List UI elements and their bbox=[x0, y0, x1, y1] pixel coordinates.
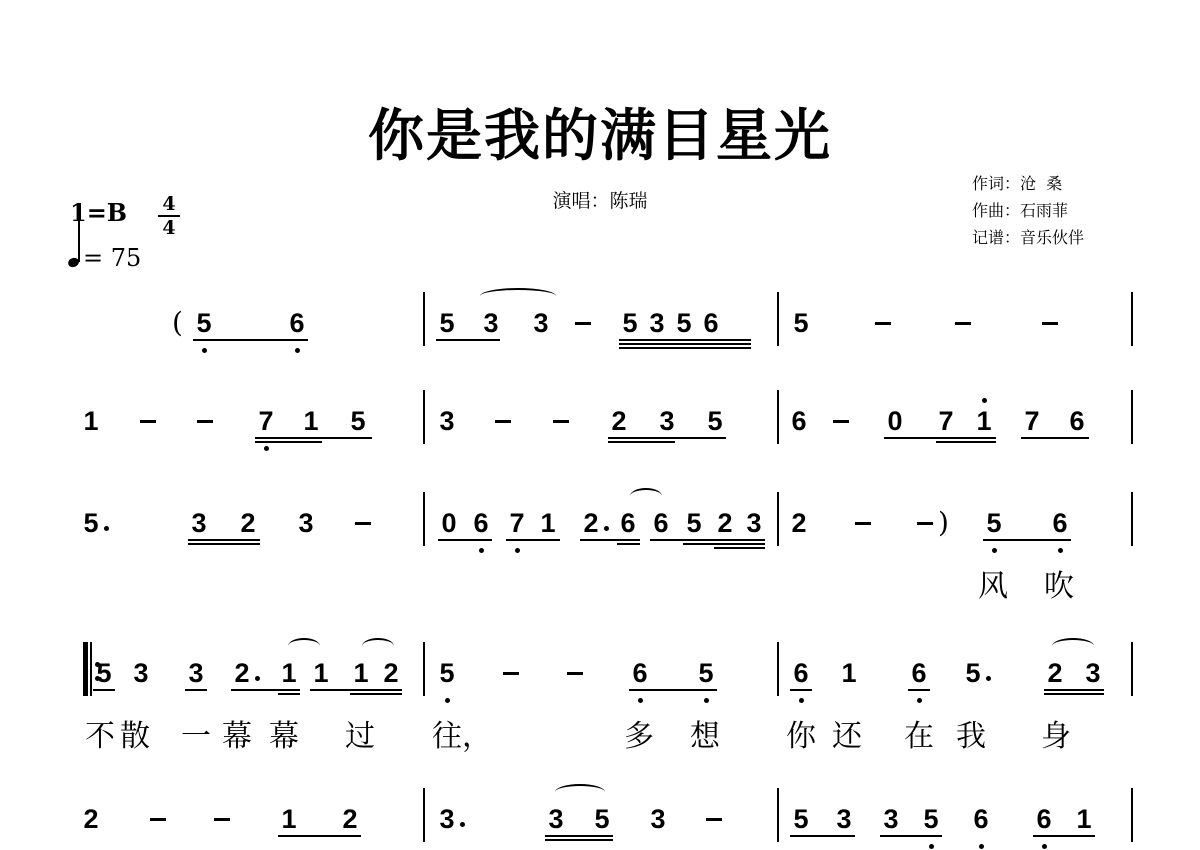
beam-underline bbox=[983, 539, 1071, 541]
note-3: 3 bbox=[185, 660, 207, 687]
note-1: 1 bbox=[1073, 806, 1095, 833]
note-6: 6 bbox=[286, 310, 308, 337]
transcriber-credit: 记谱：音乐伙伴 bbox=[972, 224, 1084, 251]
barline bbox=[423, 492, 425, 546]
beam-underline bbox=[193, 339, 308, 341]
beam-underline bbox=[1033, 835, 1095, 837]
sustain-dash bbox=[214, 818, 230, 821]
sustain-dash bbox=[495, 420, 511, 423]
low-octave-dot-icon bbox=[445, 698, 450, 703]
note-5: 5 bbox=[683, 510, 705, 537]
beam-underline bbox=[545, 835, 613, 837]
note-5: 5 bbox=[673, 310, 695, 337]
high-octave-dot-icon bbox=[982, 398, 987, 403]
low-octave-dot-icon bbox=[515, 548, 520, 553]
beam-underline bbox=[310, 689, 402, 691]
sustain-dash bbox=[150, 818, 166, 821]
barline bbox=[1131, 292, 1133, 346]
barline bbox=[423, 390, 425, 444]
low-octave-dot-icon bbox=[917, 698, 922, 703]
augmentation-dot-icon bbox=[255, 676, 260, 681]
note-5: 5 bbox=[790, 806, 812, 833]
lyric-syllable: 幕 bbox=[222, 722, 252, 752]
note-1: 1 bbox=[278, 806, 300, 833]
note-6: 6 bbox=[790, 660, 812, 687]
beam-underline bbox=[506, 539, 560, 541]
lyric-syllable: 散 bbox=[120, 722, 150, 752]
note-2: 2 bbox=[788, 510, 810, 537]
note-5: 5 bbox=[591, 806, 613, 833]
note-1: 1 bbox=[350, 660, 372, 687]
slur-tie bbox=[288, 638, 320, 654]
low-octave-dot-icon bbox=[704, 698, 709, 703]
note-3: 3 bbox=[530, 310, 552, 337]
barline bbox=[777, 292, 779, 346]
note-2: 2 bbox=[339, 806, 361, 833]
note-3: 3 bbox=[880, 806, 902, 833]
note-5: 5 bbox=[704, 408, 726, 435]
note-1: 1 bbox=[80, 408, 102, 435]
note-1: 1 bbox=[300, 408, 322, 435]
beam-underline bbox=[608, 437, 726, 439]
barline bbox=[777, 390, 779, 444]
beam-underline bbox=[629, 689, 717, 691]
beam-underline bbox=[545, 839, 613, 841]
barline bbox=[423, 292, 425, 346]
sustain-dash bbox=[875, 322, 891, 325]
note-1: 1 bbox=[310, 660, 332, 687]
note-5: 5 bbox=[193, 310, 215, 337]
sustain-dash bbox=[706, 818, 722, 821]
quarter-note-stem-icon bbox=[78, 218, 80, 262]
lyric-syllable: 风 bbox=[978, 572, 1008, 602]
note-6: 6 bbox=[970, 806, 992, 833]
low-octave-dot-icon bbox=[929, 844, 934, 849]
note-6: 6 bbox=[1066, 408, 1088, 435]
beam-underline bbox=[255, 441, 322, 443]
low-octave-dot-icon bbox=[1058, 548, 1063, 553]
note-0: 0 bbox=[438, 510, 460, 537]
credits-block: 作词：沧 桑 作曲：石雨菲 记谱：音乐伙伴 bbox=[972, 170, 1084, 251]
slur-tie bbox=[630, 488, 662, 504]
note-2: 2 bbox=[580, 510, 602, 537]
note-2: 2 bbox=[80, 806, 102, 833]
lyric-syllable: 在 bbox=[904, 722, 934, 752]
note-6: 6 bbox=[650, 510, 672, 537]
low-octave-dot-icon bbox=[992, 548, 997, 553]
note-5: 5 bbox=[80, 510, 102, 537]
note-2: 2 bbox=[380, 660, 402, 687]
slur-tie bbox=[1052, 638, 1094, 654]
beam-underline bbox=[617, 543, 640, 545]
beam-underline bbox=[790, 689, 812, 691]
note-1: 1 bbox=[278, 660, 300, 687]
note-3: 3 bbox=[480, 310, 502, 337]
lyric-syllable: 吹 bbox=[1044, 572, 1074, 602]
note-2: 2 bbox=[231, 660, 253, 687]
note-3: 3 bbox=[743, 510, 765, 537]
sustain-dash bbox=[575, 322, 591, 325]
note-6: 6 bbox=[700, 310, 722, 337]
beam-underline bbox=[714, 547, 765, 549]
performer-label: 演唱：陈瑞 bbox=[500, 186, 700, 213]
beam-underline bbox=[580, 539, 640, 541]
beam-underline bbox=[93, 689, 115, 691]
note-5: 5 bbox=[436, 660, 458, 687]
beam-underline bbox=[278, 835, 361, 837]
low-octave-dot-icon bbox=[799, 698, 804, 703]
note-3: 3 bbox=[436, 408, 458, 435]
sustain-dash bbox=[197, 420, 213, 423]
song-title: 你是我的满目星光 bbox=[0, 92, 1200, 172]
lyric-syllable: 幕 bbox=[269, 722, 299, 752]
note-6: 6 bbox=[1049, 510, 1071, 537]
beam-underline bbox=[436, 339, 500, 341]
note-2: 2 bbox=[714, 510, 736, 537]
low-octave-dot-icon bbox=[979, 844, 984, 849]
lyric-syllable: 还 bbox=[832, 722, 862, 752]
note-7: 7 bbox=[1021, 408, 1043, 435]
note-3: 3 bbox=[646, 310, 668, 337]
beam-underline bbox=[936, 441, 996, 443]
slur-tie bbox=[480, 288, 556, 304]
beam-underline bbox=[908, 689, 930, 691]
note-5: 5 bbox=[790, 310, 812, 337]
barline bbox=[423, 788, 425, 842]
sustain-dash bbox=[1042, 322, 1058, 325]
lyric-syllable: 想 bbox=[690, 722, 720, 752]
sustain-dash bbox=[917, 522, 933, 525]
lyric-syllable: 不 bbox=[85, 722, 115, 752]
augmentation-dot-icon bbox=[604, 526, 609, 531]
sustain-dash bbox=[855, 522, 871, 525]
lyric-syllable: 往， bbox=[432, 722, 492, 752]
sustain-dash bbox=[955, 322, 971, 325]
sustain-dash bbox=[140, 420, 156, 423]
beam-underline bbox=[255, 437, 372, 439]
barline bbox=[777, 492, 779, 546]
beam-underline bbox=[1044, 693, 1104, 695]
note-3: 3 bbox=[130, 660, 152, 687]
note-2: 2 bbox=[1044, 660, 1066, 687]
beam-underline bbox=[880, 835, 942, 837]
beam-underline bbox=[231, 689, 300, 691]
note-6: 6 bbox=[788, 408, 810, 435]
beam-underline bbox=[1021, 437, 1089, 439]
augmentation-dot-icon bbox=[986, 676, 991, 681]
note-5: 5 bbox=[920, 806, 942, 833]
beam-underline bbox=[650, 539, 765, 541]
low-octave-dot-icon bbox=[1042, 844, 1047, 849]
low-octave-dot-icon bbox=[295, 348, 300, 353]
note-3: 3 bbox=[656, 408, 678, 435]
note-7: 7 bbox=[935, 408, 957, 435]
note-3: 3 bbox=[545, 806, 567, 833]
note-3: 3 bbox=[647, 806, 669, 833]
low-octave-dot-icon bbox=[479, 548, 484, 553]
note-2: 2 bbox=[608, 408, 630, 435]
time-signature-bottom: 4 bbox=[158, 218, 180, 238]
beam-underline bbox=[188, 539, 260, 541]
note-3: 3 bbox=[188, 510, 210, 537]
note-5: 5 bbox=[962, 660, 984, 687]
beam-underline bbox=[790, 835, 855, 837]
augmentation-dot-icon bbox=[460, 822, 465, 827]
beam-underline bbox=[278, 693, 300, 695]
note-7: 7 bbox=[255, 408, 277, 435]
note-1: 1 bbox=[838, 660, 860, 687]
note-6: 6 bbox=[629, 660, 651, 687]
lyric-syllable: 身 bbox=[1041, 722, 1071, 752]
beam-underline bbox=[619, 339, 751, 341]
note-6: 6 bbox=[908, 660, 930, 687]
slur-tie bbox=[555, 784, 605, 800]
barline bbox=[777, 642, 779, 696]
repeat-start-thin-barline bbox=[90, 642, 92, 696]
note-2: 2 bbox=[237, 510, 259, 537]
augmentation-dot-icon bbox=[104, 526, 109, 531]
sustain-dash bbox=[355, 522, 371, 525]
sustain-dash bbox=[567, 672, 583, 675]
barline bbox=[777, 788, 779, 842]
sustain-dash bbox=[553, 420, 569, 423]
note-5: 5 bbox=[436, 310, 458, 337]
low-octave-dot-icon bbox=[638, 698, 643, 703]
beam-underline bbox=[188, 543, 260, 545]
beam-underline bbox=[683, 543, 765, 545]
lyric-syllable: 一 bbox=[181, 722, 211, 752]
note-5: 5 bbox=[619, 310, 641, 337]
lyric-syllable: 多 bbox=[624, 722, 654, 752]
note-5: 5 bbox=[695, 660, 717, 687]
note-5: 5 bbox=[93, 660, 115, 687]
parenthesis: ( bbox=[172, 306, 183, 339]
note-6: 6 bbox=[617, 510, 639, 537]
barline bbox=[1131, 642, 1133, 696]
lyric-syllable: 你 bbox=[786, 722, 816, 752]
parenthesis: ) bbox=[938, 506, 949, 539]
note-3: 3 bbox=[833, 806, 855, 833]
beam-underline bbox=[1044, 689, 1104, 691]
beam-underline bbox=[619, 347, 751, 349]
beam-underline bbox=[619, 343, 751, 345]
repeat-start-barline bbox=[83, 642, 88, 696]
barline bbox=[1131, 492, 1133, 546]
note-1: 1 bbox=[537, 510, 559, 537]
low-octave-dot-icon bbox=[202, 348, 207, 353]
beam-underline bbox=[608, 441, 675, 443]
note-0: 0 bbox=[884, 408, 906, 435]
barline bbox=[1131, 390, 1133, 444]
sustain-dash bbox=[833, 420, 849, 423]
beam-underline bbox=[350, 693, 402, 695]
note-3: 3 bbox=[295, 510, 317, 537]
composer-credit: 作曲：石雨菲 bbox=[972, 197, 1084, 224]
time-signature: 4 4 bbox=[158, 194, 180, 238]
barline bbox=[1131, 788, 1133, 842]
lyric-syllable: 我 bbox=[956, 722, 986, 752]
sustain-dash bbox=[503, 672, 519, 675]
tempo-value: = 75 bbox=[83, 244, 141, 272]
note-5: 5 bbox=[347, 408, 369, 435]
lyric-syllable: 过 bbox=[345, 722, 375, 752]
note-1: 1 bbox=[973, 408, 995, 435]
time-signature-top: 4 bbox=[158, 194, 180, 214]
beam-underline bbox=[185, 689, 207, 691]
note-5: 5 bbox=[983, 510, 1005, 537]
lyricist-credit: 作词：沧 桑 bbox=[972, 170, 1084, 197]
beam-underline bbox=[884, 437, 996, 439]
note-3: 3 bbox=[436, 806, 458, 833]
slur-tie bbox=[362, 638, 394, 654]
note-6: 6 bbox=[470, 510, 492, 537]
low-octave-dot-icon bbox=[264, 446, 269, 451]
note-6: 6 bbox=[1033, 806, 1055, 833]
barline bbox=[423, 642, 425, 696]
beam-underline bbox=[438, 539, 492, 541]
note-3: 3 bbox=[1082, 660, 1104, 687]
note-7: 7 bbox=[506, 510, 528, 537]
